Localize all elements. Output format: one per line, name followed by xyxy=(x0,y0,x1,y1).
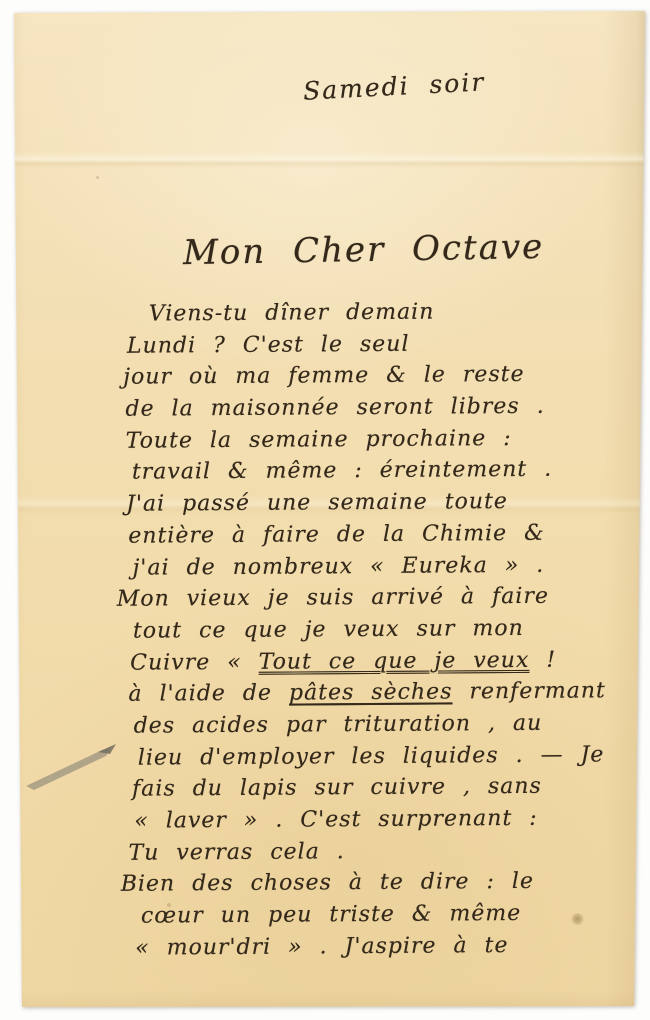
body-line-segment: jour où ma femme & le reste xyxy=(123,362,525,390)
body-line: « mour'dri » . J'aspire à te xyxy=(127,929,617,964)
pencil-mark xyxy=(24,740,124,795)
body-line-segment: J'ai passé une semaine toute xyxy=(126,489,508,517)
body-line: Mon vieux je suis arrivé à faire xyxy=(117,580,615,615)
body-line: Bien des choses à te dire : le xyxy=(121,866,617,901)
body-line-segment: cœur un peu triste & même xyxy=(141,901,521,929)
body-line-segment: fais du lapis sur cuivre , sans xyxy=(132,774,542,802)
body-line-segment: Mon vieux je suis arrivé à faire xyxy=(117,584,549,612)
body-line: Toute la semaine prochaine : xyxy=(124,422,614,457)
body-line: J'ai passé une semaine toute xyxy=(124,485,614,520)
letter-paper: Samedi soir Mon Cher Octave Viens-tu dîn… xyxy=(0,0,650,1020)
paper-speck xyxy=(96,176,99,179)
body-line-segment: Viens-tu dîner demain xyxy=(149,300,435,327)
letter-body: Viens-tu dîner demainLundi ? C'est le se… xyxy=(123,295,618,964)
body-line: Cuivre « Tout ce que je veux ! xyxy=(125,644,615,679)
body-line: cœur un peu triste & même xyxy=(127,897,617,932)
body-line: j'ai de nombreux « Eureka » . xyxy=(124,549,614,584)
body-line-segment: tout ce que je veux sur mon xyxy=(133,616,524,644)
body-line-segment: de la maisonnée seront libres . xyxy=(125,394,544,422)
body-line-segment: ! xyxy=(529,647,556,672)
body-line-segment: Lundi ? C'est le seul xyxy=(127,331,410,358)
paper-edge-shading-bottom xyxy=(0,990,650,1020)
body-line: « laver » . C'est surprenant : xyxy=(126,802,616,837)
fold-crease-upper xyxy=(0,152,650,168)
body-line: jour où ma femme & le reste xyxy=(123,359,613,394)
body-line-segment: des acides par trituration , au xyxy=(134,711,543,739)
letter-paper-wrap: Samedi soir Mon Cher Octave Viens-tu dîn… xyxy=(0,0,650,1020)
date-line: Samedi soir xyxy=(302,67,486,106)
body-line: fais du lapis sur cuivre , sans xyxy=(126,771,616,806)
body-line-segment: Cuivre « xyxy=(130,649,259,675)
photograph-background: Samedi soir Mon Cher Octave Viens-tu dîn… xyxy=(0,0,650,1020)
body-line: travail & même : éreintement . xyxy=(124,454,614,489)
body-line: de la maisonnée seront libres . xyxy=(123,390,613,425)
body-line-segment: lieu d'employer les liquides . — Je xyxy=(138,742,605,770)
body-line: tout ce que je veux sur mon xyxy=(125,612,615,647)
body-line: à l'aide de pâtes sèches renfermant xyxy=(125,676,615,711)
body-line-segment: Bien des choses à te dire : le xyxy=(121,869,534,897)
body-line-segment: « mour'dri » . J'aspire à te xyxy=(135,933,508,961)
paper-edge-shading-left xyxy=(0,0,26,1020)
body-line-segment: travail & même : éreintement . xyxy=(132,457,552,485)
body-line: entière à faire de la Chimie & xyxy=(124,517,614,552)
body-line: Viens-tu dîner demain xyxy=(123,295,613,330)
body-line-segment: renfermant xyxy=(452,679,606,705)
body-line: Lundi ? C'est le seul xyxy=(123,327,613,362)
body-line-segment: « laver » . C'est surprenant : xyxy=(134,806,537,834)
body-line-segment: Tu verras cela . xyxy=(128,839,344,866)
body-line-segment: pâtes sèches xyxy=(289,680,453,706)
body-line-segment: Toute la semaine prochaine : xyxy=(126,426,512,454)
body-line: lieu d'employer les liquides . — Je xyxy=(126,739,616,774)
body-line-segment: à l'aide de xyxy=(128,681,289,707)
salutation: Mon Cher Octave xyxy=(183,227,545,273)
body-line: Tu verras cela . xyxy=(126,834,616,869)
body-line: des acides par trituration , au xyxy=(126,707,616,742)
body-line-segment: Tout ce que je veux xyxy=(259,647,530,674)
body-line-segment: j'ai de nombreux « Eureka » . xyxy=(132,552,544,580)
body-line-segment: entière à faire de la Chimie & xyxy=(128,521,544,549)
